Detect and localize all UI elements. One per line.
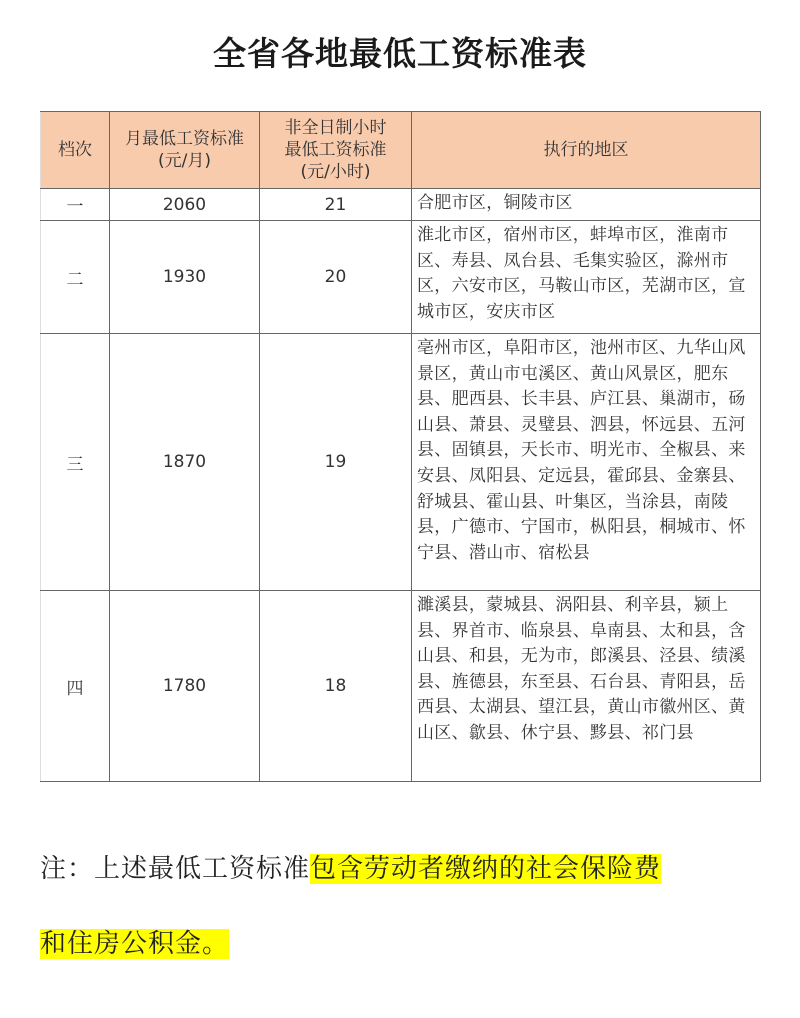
areas-cell: 濉溪县，蒙城县、涡阳县、利辛县，颍上县、界首市、临泉县、阜南县、太和县，含山县、… bbox=[412, 591, 761, 782]
areas-cell: 合肥市区，铜陵市区 bbox=[412, 189, 761, 221]
table-row: 四 1780 18 濉溪县，蒙城县、涡阳县、利辛县，颍上县、界首市、临泉县、阜南… bbox=[41, 591, 761, 782]
table-row: 一 2060 21 合肥市区，铜陵市区 bbox=[41, 189, 761, 221]
header-tier: 档次 bbox=[41, 112, 110, 189]
tier-cell: 一 bbox=[41, 189, 110, 221]
page-title: 全省各地最低工资标准表 bbox=[0, 28, 800, 75]
minimum-wage-table: 档次 月最低工资标准 (元/月) 非全日制小时 最低工资标准 (元/小时) 执行… bbox=[40, 111, 761, 782]
header-areas: 执行的地区 bbox=[412, 112, 761, 189]
header-hourly: 非全日制小时 最低工资标准 (元/小时) bbox=[260, 112, 412, 189]
header-areas-label: 执行的地区 bbox=[544, 140, 629, 160]
areas-cell: 亳州市区，阜阳市区，池州市区、九华山风景区，黄山市屯溪区、黄山风景区，肥东县、肥… bbox=[412, 334, 761, 591]
footnote-prefix: 注：上述最低工资标准 bbox=[40, 854, 310, 884]
monthly-wage-cell: 1780 bbox=[110, 591, 260, 782]
header-monthly-line1: 月最低工资标准 bbox=[110, 128, 259, 150]
header-monthly: 月最低工资标准 (元/月) bbox=[110, 112, 260, 189]
header-hourly-line1: 非全日制小时 bbox=[260, 117, 411, 139]
hourly-wage-cell: 18 bbox=[260, 591, 412, 782]
hourly-wage-cell: 21 bbox=[260, 189, 412, 221]
footnote-highlight-1: 包含劳动者缴纳的社会保险费 bbox=[310, 854, 661, 884]
table-header-row: 档次 月最低工资标准 (元/月) 非全日制小时 最低工资标准 (元/小时) 执行… bbox=[41, 112, 761, 189]
tier-cell: 四 bbox=[41, 591, 110, 782]
hourly-wage-cell: 19 bbox=[260, 334, 412, 591]
hourly-wage-cell: 20 bbox=[260, 221, 412, 334]
monthly-wage-cell: 1930 bbox=[110, 221, 260, 334]
header-monthly-line2: (元/月) bbox=[110, 150, 259, 172]
monthly-wage-cell: 2060 bbox=[110, 189, 260, 221]
footnote-highlight-2: 和住房公积金。 bbox=[40, 929, 229, 959]
footnote-line2: 和住房公积金。 bbox=[40, 923, 760, 960]
tier-cell: 三 bbox=[41, 334, 110, 591]
monthly-wage-cell: 1870 bbox=[110, 334, 260, 591]
table-row: 三 1870 19 亳州市区，阜阳市区，池州市区、九华山风景区，黄山市屯溪区、黄… bbox=[41, 334, 761, 591]
areas-cell: 淮北市区，宿州市区，蚌埠市区，淮南市区、寿县、凤台县、毛集实验区，滁州市区，六安… bbox=[412, 221, 761, 334]
footnote-line1: 注：上述最低工资标准包含劳动者缴纳的社会保险费 bbox=[40, 848, 760, 885]
header-tier-label: 档次 bbox=[58, 140, 92, 160]
tier-cell: 二 bbox=[41, 221, 110, 334]
header-hourly-line2: 最低工资标准 bbox=[260, 139, 411, 161]
header-hourly-line3: (元/小时) bbox=[260, 161, 411, 183]
table-row: 二 1930 20 淮北市区，宿州市区，蚌埠市区，淮南市区、寿县、凤台县、毛集实… bbox=[41, 221, 761, 334]
